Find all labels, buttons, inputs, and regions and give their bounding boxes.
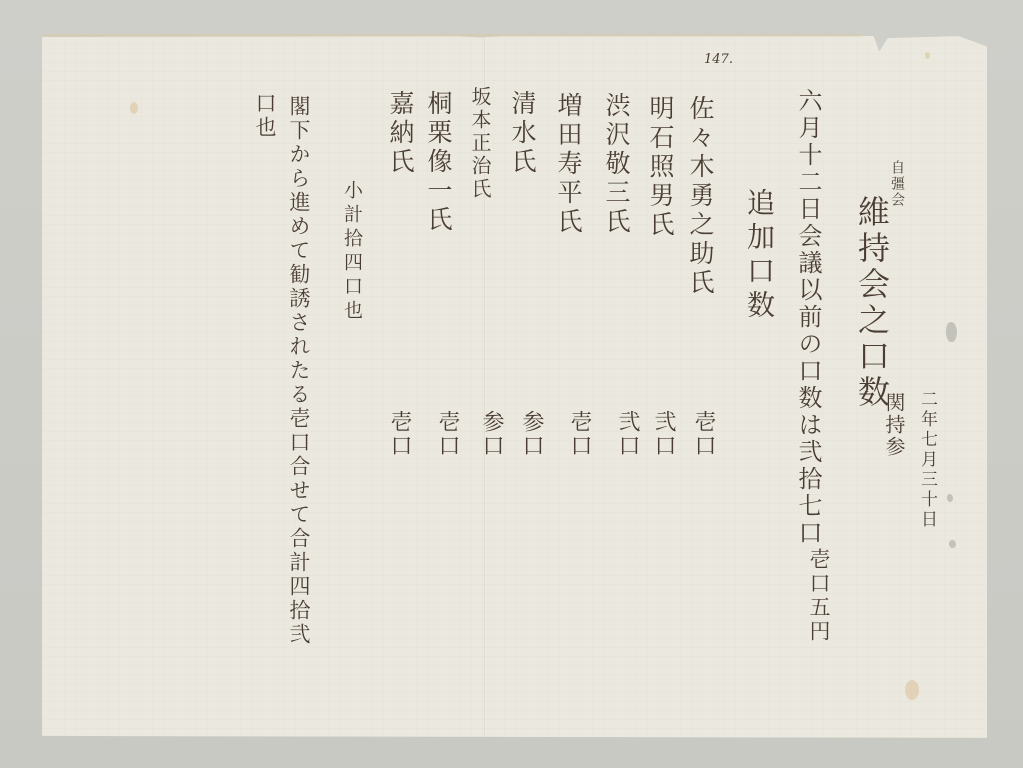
binding-hole (946, 322, 957, 342)
foxing-stain (925, 52, 930, 59)
document-date: 二年七月三十日 (918, 390, 935, 530)
section-heading: 追加口数 (745, 188, 773, 324)
contributor-name: 桐栗像一氏 (426, 90, 451, 235)
contributor-units: 壱口 (692, 410, 714, 458)
contributor-name: 清水氏 (510, 90, 535, 177)
intro-line: 六月十二日会議以前の口数は弐拾七口 (796, 88, 820, 547)
contributor-units: 壱口 (388, 410, 410, 458)
paper-top-edge-discoloration (42, 34, 862, 38)
binding-hole (947, 494, 953, 502)
closing-line: 閣下から進めて勧誘されたる壱口合せて合計四拾弐 (288, 95, 309, 647)
binding-hole (949, 540, 956, 548)
contributor-units: 参口 (520, 410, 542, 458)
subtotal-note: 小計拾四口也 (342, 180, 361, 324)
closing-line-end: 口也 (254, 92, 275, 140)
contributor-units: 参口 (480, 410, 502, 458)
folio-number: 147. (704, 52, 733, 67)
contributor-name: 渋沢敬三氏 (604, 92, 629, 237)
contributor-name: 明石照男氏 (648, 95, 673, 240)
contributor-units: 弐口 (652, 410, 674, 458)
foxing-stain (130, 102, 138, 114)
foxing-stain (905, 680, 919, 700)
submitter-note: 関持参 (884, 392, 904, 458)
contributor-units: 弐口 (616, 410, 638, 458)
contributor-units: 壱口 (568, 410, 590, 458)
contributor-units: 壱口 (436, 410, 458, 458)
document-title: 維持会之口数 (856, 195, 888, 411)
intro-amount: 壱口五円 (808, 548, 829, 644)
contributor-name: 嘉納氏 (388, 90, 413, 177)
contributor-name: 坂本正治氏 (470, 86, 490, 201)
organization-annotation: 自彊会 (890, 160, 904, 208)
contributor-name: 増田寿平氏 (556, 92, 581, 237)
contributor-name: 佐々木勇之助氏 (688, 95, 713, 298)
